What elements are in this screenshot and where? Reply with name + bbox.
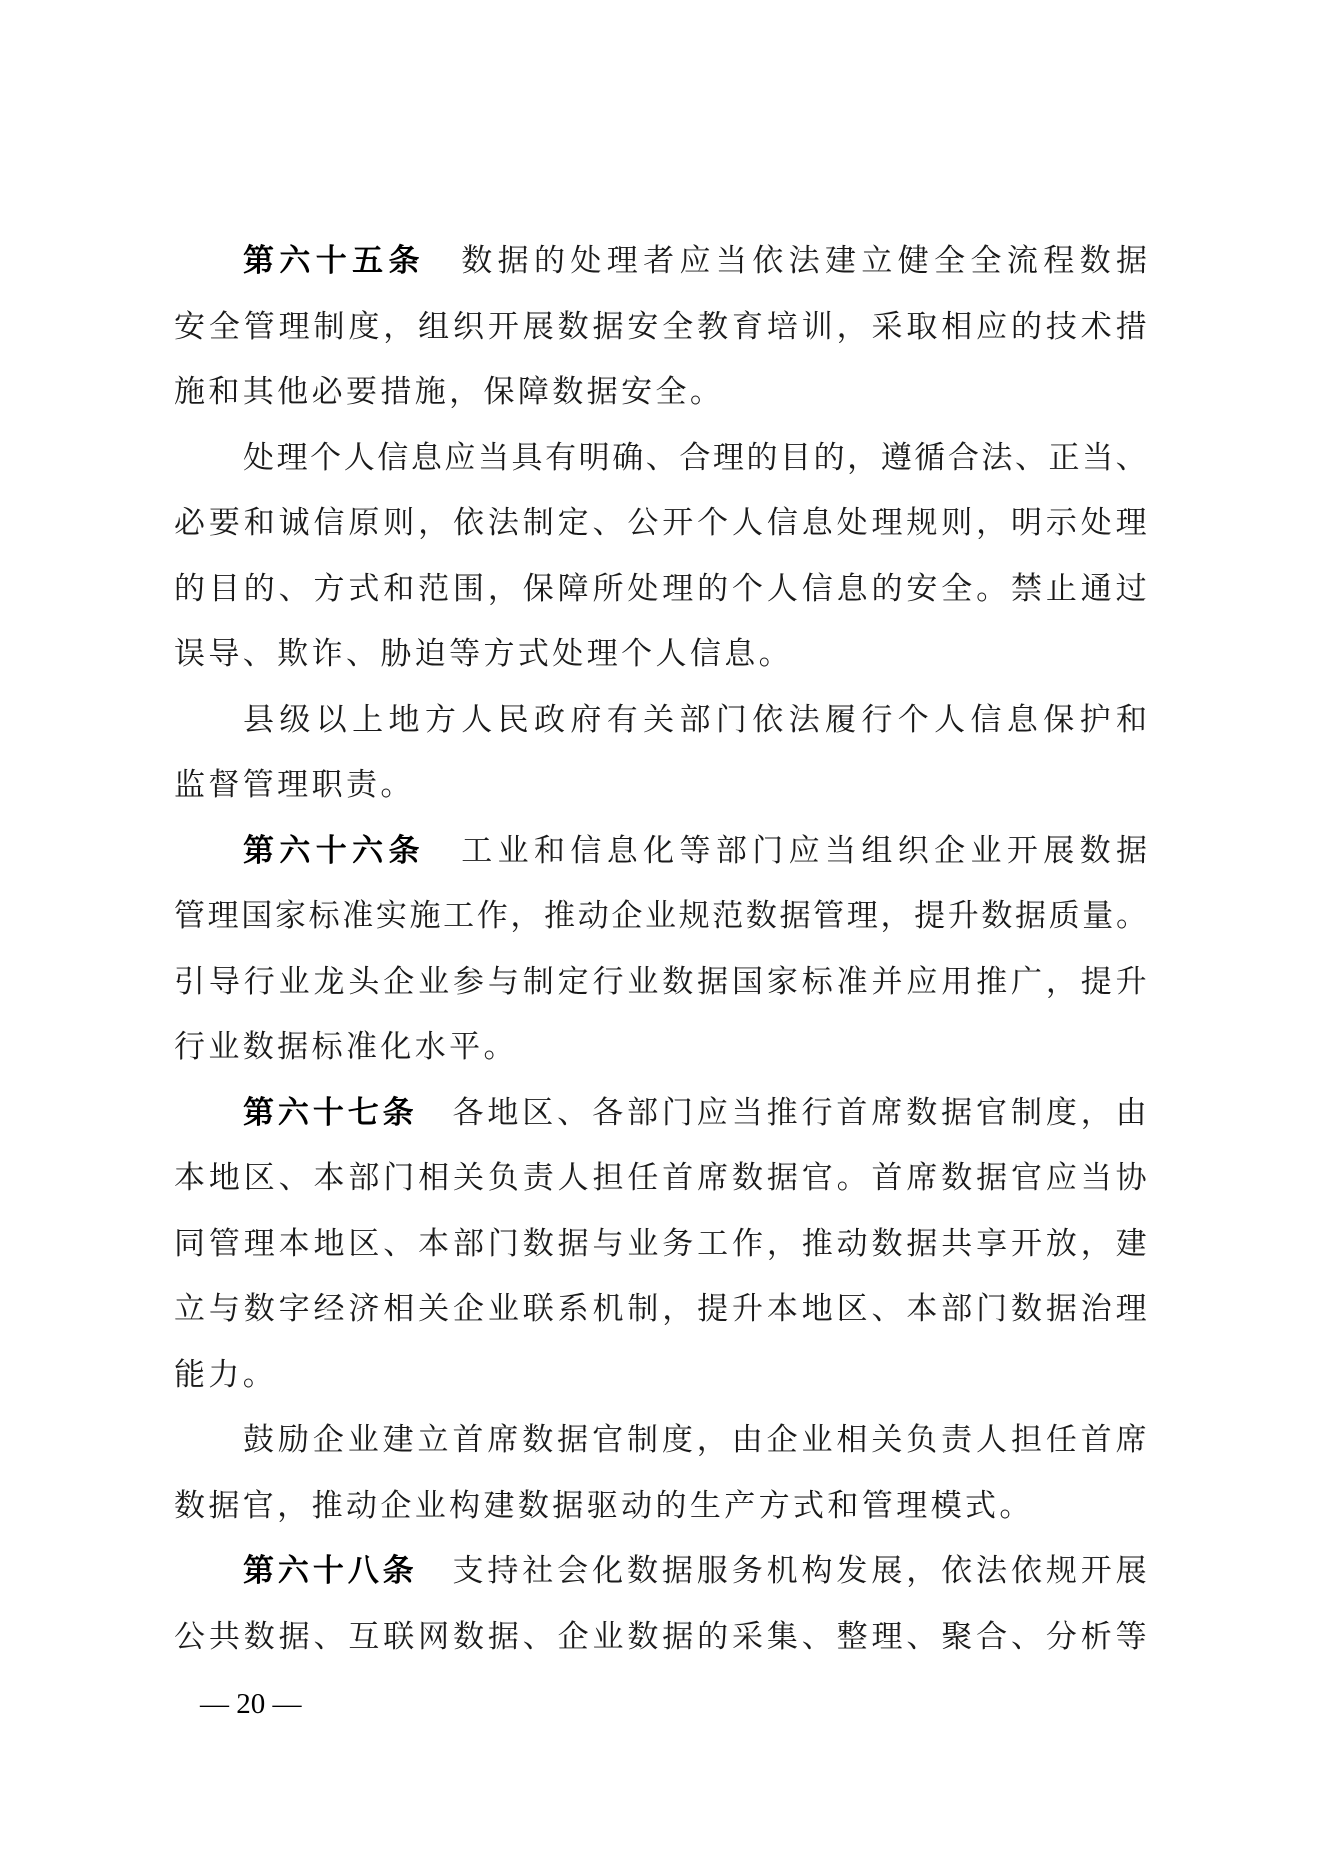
text-char: ，: [1081, 1090, 1112, 1136]
text-char: 采: [872, 304, 903, 350]
text-char: 正: [1049, 435, 1080, 481]
article-number-char: 第: [243, 1548, 274, 1594]
text-char: 互: [348, 1614, 379, 1660]
text-char: 会: [557, 1548, 588, 1594]
text-char: 区: [837, 1286, 868, 1332]
text-char: 据: [1015, 893, 1046, 939]
text-char: 数: [906, 1090, 937, 1136]
text-char: 据: [558, 1221, 589, 1267]
document-page: 第六十五条 数据的处理者应当依法建立健全全流程数据安全管理制度，组织开展数据安全…: [0, 0, 1323, 1871]
article-number-char: 十: [316, 828, 347, 874]
text-char: 理: [662, 566, 693, 612]
text-char: 个: [621, 631, 652, 677]
article-number-char: 六: [279, 828, 310, 874]
text-char: 据: [976, 1155, 1007, 1201]
text-char: 循: [914, 435, 945, 481]
text-char: 的: [244, 566, 275, 612]
text-char: 门: [716, 697, 747, 743]
text-char: 理: [872, 500, 903, 546]
text-char: 法: [789, 697, 820, 743]
text-char: 数: [461, 238, 492, 284]
text-char: 信: [690, 631, 721, 677]
text-char: 能: [174, 1352, 205, 1398]
text-char: 准: [342, 893, 373, 939]
text-char: 据: [208, 1483, 239, 1529]
text-char: 席: [906, 1155, 937, 1201]
text-char: 的: [1011, 304, 1042, 350]
text-char: 本: [767, 1286, 798, 1332]
text-char: 和: [208, 369, 239, 415]
text-char: 企: [934, 828, 965, 874]
text-char: 地: [314, 1221, 345, 1267]
text-char: 的: [697, 566, 728, 612]
text-char: 保: [484, 369, 515, 415]
paragraph-line: 误导、欺诈、胁迫等方式处理个人信息。: [174, 631, 1147, 697]
text-char: 同: [174, 1221, 205, 1267]
text-char: 推: [312, 1483, 343, 1529]
text-char: 数: [872, 1221, 903, 1267]
text-char: 数: [732, 1155, 763, 1201]
article-number-char: 十: [316, 238, 347, 284]
text-char: ，: [418, 500, 449, 546]
paragraph-line: 处理个人信息应当具有明确、合理的目的，遵循合法、正当、: [174, 435, 1147, 501]
heading-spacer: [418, 1548, 449, 1594]
text-char: 标: [802, 959, 833, 1005]
text-char: 、: [383, 1221, 414, 1267]
text-char: 障: [558, 566, 589, 612]
text-char: 误: [174, 631, 205, 677]
text-char: 数: [981, 893, 1012, 939]
text-char: 诚: [279, 500, 310, 546]
paragraph-line: 管理国家标准实施工作，推动企业规范数据管理，提升数据质量。: [174, 893, 1147, 959]
text-char: ，: [1046, 959, 1077, 1005]
text-char: 引: [174, 959, 205, 1005]
text-char: 责: [523, 1155, 554, 1201]
text-char: 业: [348, 1417, 379, 1463]
text-char: 据: [662, 1614, 693, 1660]
text-char: 分: [1046, 1614, 1077, 1660]
paragraph-line: 监督管理职责。: [174, 762, 1147, 828]
text-char: 担: [593, 1155, 624, 1201]
text-char: 数: [941, 1155, 972, 1201]
text-char: 开: [1081, 1548, 1112, 1594]
text-char: 据: [1116, 238, 1147, 284]
text-char: 治: [1081, 1286, 1112, 1332]
text-char: 责: [346, 762, 377, 808]
text-char: 护: [1080, 697, 1111, 743]
paragraph-line: 安全管理制度，组织开展数据安全教育培训，采取相应的技术措: [174, 304, 1147, 370]
article-number-char: 六: [278, 1090, 309, 1136]
text-char: 产: [724, 1483, 755, 1529]
text-char: 府: [570, 697, 601, 743]
text-char: 处: [552, 631, 583, 677]
text-char: ，: [880, 893, 911, 939]
text-char: 度: [662, 1417, 693, 1463]
text-char: 等: [449, 631, 480, 677]
text-char: 推: [544, 893, 575, 939]
text-char: 区: [244, 1155, 275, 1201]
text-char: 开: [1011, 1221, 1042, 1267]
text-char: 相: [383, 1286, 414, 1332]
paragraph-line: 同管理本地区、本部门数据与业务工作，推动数据共享开放，建: [174, 1221, 1147, 1287]
text-char: 动: [621, 1483, 652, 1529]
text-char: 、: [906, 1614, 937, 1660]
text-char: 。: [1116, 893, 1147, 939]
text-char: 数: [552, 369, 583, 415]
text-char: 迫: [415, 631, 446, 677]
text-char: 个: [310, 435, 341, 481]
text-char: ，: [510, 893, 541, 939]
text-char: 的: [655, 1483, 686, 1529]
article-number-char: 条: [383, 1090, 414, 1136]
text-char: 析: [1081, 1614, 1112, 1660]
text-char: 的: [697, 1614, 728, 1660]
text-char: 当: [478, 435, 509, 481]
text-char: 规: [1046, 1548, 1077, 1594]
text-char: 业: [627, 959, 658, 1005]
text-char: 业: [593, 1614, 624, 1660]
text-char: 当: [1081, 1155, 1112, 1201]
text-char: 理: [1116, 500, 1147, 546]
text-char: 信: [802, 566, 833, 612]
text-char: 相: [941, 304, 972, 350]
text-char: 理: [277, 762, 308, 808]
text-char: 数: [746, 893, 777, 939]
text-char: 理: [208, 893, 239, 939]
text-char: 措: [1116, 304, 1147, 350]
text-char: 施: [409, 893, 440, 939]
text-char: 标: [309, 893, 340, 939]
text-char: 联: [523, 1286, 554, 1332]
paragraph-line: 行业数据标准化水平。: [174, 1024, 1147, 1090]
text-char: 和: [827, 1483, 858, 1529]
article-number-char: 第: [243, 1090, 274, 1136]
text-char: 官: [243, 1483, 274, 1529]
text-char: 官: [802, 1155, 833, 1201]
text-char: 放: [1046, 1221, 1077, 1267]
text-char: 务: [732, 1548, 763, 1594]
text-char: 地: [209, 1155, 240, 1201]
text-char: 止: [1046, 566, 1077, 612]
text-char: 建: [383, 1417, 414, 1463]
text-char: 本: [314, 1155, 345, 1201]
text-char: 据: [1116, 828, 1147, 874]
text-char: 安: [627, 304, 658, 350]
text-char: 等: [1116, 1614, 1147, 1660]
text-char: 应: [906, 959, 937, 1005]
text-char: 要: [346, 369, 377, 415]
text-char: 责: [941, 1417, 972, 1463]
text-char: 规: [906, 500, 937, 546]
text-char: 水: [415, 1024, 446, 1070]
text-char: 据: [587, 369, 618, 415]
text-char: 据: [557, 1417, 588, 1463]
text-char: 首: [1081, 1417, 1112, 1463]
text-char: 部: [680, 697, 711, 743]
text-char: 、: [1015, 435, 1046, 481]
text-char: 据: [767, 1155, 798, 1201]
text-char: 法: [488, 500, 519, 546]
text-char: 业: [415, 1483, 446, 1529]
text-char: 负: [488, 1155, 519, 1201]
text-char: 广: [1011, 959, 1042, 1005]
paragraph-line: 的目的、方式和范围，保障所处理的个人信息的安全。禁止通过: [174, 566, 1147, 632]
text-char: 育: [732, 304, 763, 350]
text-char: 明: [1011, 500, 1042, 546]
text-char: 集: [767, 1614, 798, 1660]
text-char: 据: [780, 893, 811, 939]
text-char: 上: [352, 697, 383, 743]
text-char: 经: [314, 1286, 345, 1332]
text-char: 信: [570, 828, 601, 874]
text-char: 措: [380, 369, 411, 415]
text-char: 全: [934, 238, 965, 284]
text-char: 升: [732, 1286, 763, 1332]
text-char: 家: [767, 959, 798, 1005]
text-char: 要: [209, 500, 240, 546]
text-char: 息: [607, 828, 638, 874]
text-char: 目: [780, 435, 811, 481]
text-char: 全: [209, 304, 240, 350]
text-char: 术: [1081, 304, 1112, 350]
text-char: 健: [898, 238, 929, 284]
text-char: 所: [593, 566, 624, 612]
paragraph-line: 立与数字经济相关企业联系机制，提升本地区、本部门数据治理: [174, 1286, 1147, 1352]
text-char: 以: [316, 697, 347, 743]
text-char: 业: [208, 1024, 239, 1070]
text-char: 法: [789, 238, 820, 284]
text-char: 方: [425, 697, 456, 743]
text-char: 。: [380, 762, 411, 808]
paragraph-line: 数据官，推动企业构建数据驱动的生产方式和管理模式。: [174, 1483, 1147, 1549]
text-char: 教: [697, 304, 728, 350]
text-char: 他: [277, 369, 308, 415]
article-number-char: 八: [348, 1548, 379, 1594]
text-char: 织: [898, 828, 929, 874]
text-char: 依: [752, 238, 783, 284]
text-char: 关: [871, 1417, 902, 1463]
text-char: 、: [646, 435, 677, 481]
text-char: 通: [1081, 566, 1112, 612]
text-char: 国: [732, 959, 763, 1005]
text-char: 部: [941, 1286, 972, 1332]
text-char: 全: [941, 566, 972, 612]
text-char: 业: [418, 959, 449, 1005]
text-char: 励: [278, 1417, 309, 1463]
text-char: 合: [948, 435, 979, 481]
article-number-char: 第: [243, 828, 274, 874]
text-char: 度: [348, 304, 379, 350]
article-number-char: 五: [352, 238, 383, 284]
text-char: 诈: [312, 631, 343, 677]
text-char: 职: [312, 762, 343, 808]
text-char: 的: [872, 566, 903, 612]
heading-spacer: [418, 1090, 449, 1136]
text-char: 处: [627, 566, 658, 612]
text-char: 发: [836, 1548, 867, 1594]
text-char: 官: [976, 1090, 1007, 1136]
text-char: 国: [241, 893, 272, 939]
text-char: 联: [383, 1614, 414, 1660]
article-number-char: 十: [313, 1548, 344, 1594]
text-char: 理: [587, 631, 618, 677]
text-char: 、: [802, 1614, 833, 1660]
text-char: ，: [847, 435, 878, 481]
text-char: 全: [971, 238, 1002, 284]
text-char: 技: [1046, 304, 1077, 350]
text-char: 管: [174, 893, 205, 939]
text-char: 化: [380, 1024, 411, 1070]
text-char: 据: [593, 304, 624, 350]
text-char: 门: [976, 1286, 1007, 1332]
text-char: 据: [552, 1483, 583, 1529]
text-char: 化: [643, 828, 674, 874]
text-char: 数: [627, 1548, 658, 1594]
text-char: ，: [662, 1286, 693, 1332]
text-char: 业: [279, 959, 310, 1005]
text-char: 范: [418, 566, 449, 612]
text-char: 方: [759, 1483, 790, 1529]
text-char: 数: [1011, 1286, 1042, 1332]
text-char: 、: [279, 566, 310, 612]
text-char: 行: [244, 959, 275, 1005]
text-char: 处: [837, 500, 868, 546]
text-char: 持: [487, 1548, 518, 1594]
text-char: 业: [971, 828, 1002, 874]
text-char: 共: [941, 1221, 972, 1267]
text-char: 。: [976, 566, 1007, 612]
text-char: 采: [732, 1614, 763, 1660]
text-char: 人: [558, 1155, 589, 1201]
text-char: 理: [277, 435, 308, 481]
paragraph-line: 引导行业龙头企业参与制定行业数据国家标准并应用推广，提升: [174, 959, 1147, 1025]
text-char: 网: [418, 1614, 449, 1660]
text-char: 部: [348, 1155, 379, 1201]
text-char: 有: [545, 435, 576, 481]
text-char: 任: [1046, 1417, 1077, 1463]
text-char: 制: [523, 500, 554, 546]
text-char: 信: [377, 435, 408, 481]
text-char: 人: [934, 697, 965, 743]
text-char: 理: [713, 435, 744, 481]
text-char: 全: [655, 369, 686, 415]
text-char: 、: [523, 1614, 554, 1660]
text-char: 和: [1116, 697, 1147, 743]
text-char: 、: [346, 631, 377, 677]
text-char: 应: [680, 238, 711, 284]
text-char: 立: [418, 1417, 449, 1463]
text-char: 人: [767, 566, 798, 612]
text-char: 式: [348, 566, 379, 612]
text-char: 地: [389, 697, 420, 743]
text-char: 首: [872, 1155, 903, 1201]
text-char: 鼓: [243, 1417, 274, 1463]
text-char: 管: [813, 893, 844, 939]
text-char: 信: [767, 500, 798, 546]
article-number-char: 条: [389, 828, 420, 874]
text-char: 县: [243, 697, 274, 743]
text-char: 业: [498, 828, 529, 874]
text-char: 目: [209, 566, 240, 612]
text-char: 当: [732, 1090, 763, 1136]
text-char: 组: [418, 304, 449, 350]
text-char: 全: [662, 304, 693, 350]
text-char: ，: [277, 1483, 308, 1529]
text-char: 安: [621, 369, 652, 415]
text-char: 公: [174, 1614, 205, 1660]
text-char: 、: [557, 1090, 588, 1136]
article-number-char: 条: [389, 238, 420, 284]
text-char: 与: [488, 959, 519, 1005]
text-char: 本: [906, 1286, 937, 1332]
article-number-char: 条: [383, 1548, 414, 1594]
text-char: 的: [814, 435, 845, 481]
text-char: 制: [314, 304, 345, 350]
text-char: 则: [383, 500, 414, 546]
text-char: 由: [1116, 1090, 1147, 1136]
text-char: 法: [981, 435, 1012, 481]
text-char: 保: [1043, 697, 1074, 743]
page-number: — 20 —: [200, 1688, 302, 1721]
text-char: 展: [871, 1548, 902, 1594]
text-char: 过: [1116, 566, 1147, 612]
text-char: 。: [999, 1483, 1030, 1529]
text-char: ，: [1081, 1221, 1112, 1267]
text-char: 数: [627, 1614, 658, 1660]
text-char: 流: [1007, 238, 1038, 284]
text-char: 部: [716, 828, 747, 874]
text-char: 理: [279, 304, 310, 350]
text-char: 系: [558, 1286, 589, 1332]
text-char: 关: [453, 1155, 484, 1201]
text-char: 负: [906, 1417, 937, 1463]
text-char: 合: [976, 1614, 1007, 1660]
text-char: 制: [523, 959, 554, 1005]
text-char: 制: [1011, 1090, 1042, 1136]
document-body: 第六十五条 数据的处理者应当依法建立健全全流程数据安全管理制度，组织开展数据安全…: [174, 238, 1147, 1679]
text-char: 建: [825, 238, 856, 284]
article-heading-line: 第六十五条 数据的处理者应当依法建立健全全流程数据: [174, 238, 1147, 304]
text-char: 据: [941, 1090, 972, 1136]
text-char: 数: [558, 304, 589, 350]
text-char: 席: [697, 1155, 728, 1201]
text-char: 方: [314, 566, 345, 612]
text-char: 并: [872, 959, 903, 1005]
text-char: 等: [680, 828, 711, 874]
text-char: 开: [1007, 828, 1038, 874]
text-char: 提: [914, 893, 945, 939]
paragraph-line: 鼓励企业建立首席数据官制度，由企业相关负责人担任首席: [174, 1417, 1147, 1483]
text-char: 门: [662, 1090, 693, 1136]
article-number-char: 十: [313, 1090, 344, 1136]
text-char: 提: [697, 1286, 728, 1332]
text-char: 企: [558, 1614, 589, 1660]
text-char: 息: [837, 566, 868, 612]
text-char: 数: [523, 1221, 554, 1267]
text-char: 字: [279, 1286, 310, 1332]
text-char: 行: [593, 959, 624, 1005]
text-char: 施: [174, 369, 205, 415]
text-char: 机: [767, 1548, 798, 1594]
text-char: 息: [724, 631, 755, 677]
text-char: 各: [592, 1090, 623, 1136]
text-char: 人: [344, 435, 375, 481]
text-char: 胁: [380, 631, 411, 677]
text-char: 推: [767, 1090, 798, 1136]
text-char: 推: [976, 959, 1007, 1005]
text-char: 定: [558, 959, 589, 1005]
text-char: 遵: [881, 435, 912, 481]
